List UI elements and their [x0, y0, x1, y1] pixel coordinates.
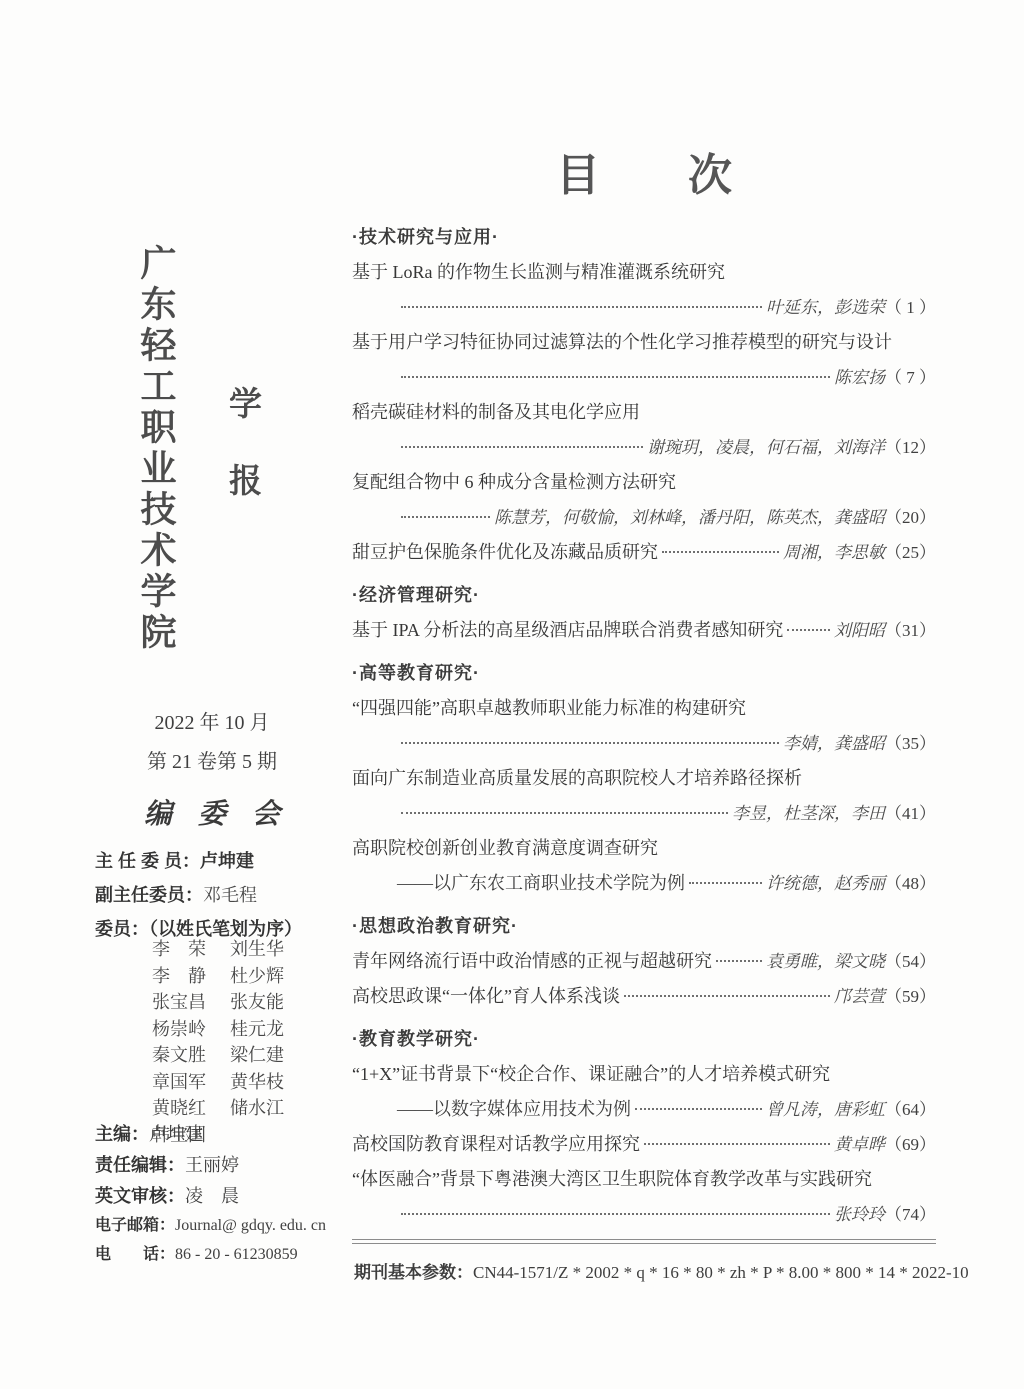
member-row: 李 荣刘生华 — [152, 936, 308, 963]
issue-number: 第 21 卷第 5 期 — [100, 743, 324, 782]
table-of-contents: 目 次 ·技术研究与应用·基于 LoRa 的作物生长监测与精准灌溉系统研究叶延东… — [352, 150, 936, 1232]
toc-entry-continuation: 李婧，龚盛昭（35） — [352, 726, 936, 761]
entry-title: 基于 LoRa 的作物生长监测与精准灌溉系统研究 — [352, 255, 936, 290]
entry-title: 复配组合物中 6 种成分含量检测方法研究 — [352, 465, 936, 500]
board-role-row: 主 任 委 员：卢坤建 — [95, 845, 302, 879]
member-name: 储水江 — [230, 1095, 300, 1122]
entry-title: 甜豆护色保脆条件优化及冻藏品质研究 — [352, 535, 658, 570]
member-name: 桂元龙 — [230, 1016, 300, 1043]
dot-leader — [401, 1213, 830, 1215]
member-name: 张友能 — [230, 989, 300, 1016]
staff-list: 主编：卢坤建责任编辑：王丽婷英文审核：凌 晨电子邮箱：Journal@ gdqy… — [95, 1120, 326, 1270]
member-row: 黄晓红储水江 — [152, 1095, 308, 1122]
toc-entry-continuation: 叶延东，彭选荣（ 1 ） — [352, 290, 936, 325]
board-role-label: 主 任 委 员： — [95, 851, 200, 871]
section-heading: ·经济管理研究· — [352, 578, 936, 613]
dot-leader — [401, 446, 643, 448]
entry-title: 高职院校创新创业教育满意度调查研究 — [352, 831, 936, 866]
staff-label: 电子邮箱： — [95, 1217, 175, 1234]
entry-page: （74） — [885, 1197, 936, 1232]
dot-leader — [662, 551, 779, 553]
staff-label: 电 话： — [95, 1246, 175, 1263]
issue-block: 2022 年 10 月 第 21 卷第 5 期 — [100, 704, 324, 782]
entry-subtitle: ——以数字媒体应用技术为例 — [397, 1092, 631, 1127]
member-name: 黄华枝 — [230, 1069, 300, 1096]
entry-page: （48） — [885, 866, 936, 901]
entry-title: 青年网络流行语中政治情感的正视与超越研究 — [352, 944, 712, 979]
entry-page: （25） — [885, 535, 936, 570]
toc-entry: 高校思政课“一体化”育人体系浅谈邝芸萱（59） — [352, 979, 936, 1014]
entry-page: （31） — [885, 613, 936, 648]
member-name: 杨崇岭 — [152, 1016, 222, 1043]
dot-leader — [624, 995, 830, 997]
dot-leader — [635, 1108, 762, 1110]
toc-entry-continuation: ——以广东农工商职业技术学院为例许统德，赵秀丽（48） — [352, 866, 936, 901]
board-role-value: 卢坤建 — [200, 851, 254, 871]
member-row: 张宝昌张友能 — [152, 989, 308, 1016]
member-name: 杜少辉 — [230, 963, 300, 990]
toc-title: 目 次 — [352, 150, 936, 202]
journal-params: 期刊基本参数：CN44-1571/Z * 2002 * q * 16 * 80 … — [354, 1258, 969, 1288]
journal-params-value: CN44-1571/Z * 2002 * q * 16 * 80 * zh * … — [473, 1263, 969, 1282]
staff-label: 英文审核： — [95, 1186, 185, 1206]
entry-page: （54） — [885, 944, 936, 979]
dot-leader — [689, 882, 762, 884]
entry-page: （64） — [885, 1092, 936, 1127]
entry-title: 高校国防教育课程对话教学应用探究 — [352, 1127, 640, 1162]
section-heading: ·教育教学研究· — [352, 1022, 936, 1057]
member-name: 刘生华 — [230, 936, 300, 963]
entry-authors: 邝芸萱 — [834, 979, 885, 1014]
journal-vertical-subtitle: 学报 — [219, 386, 266, 540]
dot-leader — [644, 1143, 830, 1145]
board-roles: 主 任 委 员：卢坤建副主任委员：邓毛程委员：（以姓氏笔划为序） — [95, 845, 302, 947]
entry-page: （12） — [885, 430, 936, 465]
staff-row: 电子邮箱：Journal@ gdqy. edu. cn — [95, 1212, 326, 1241]
member-name: 李 荣 — [152, 936, 222, 963]
member-list: 李 荣刘生华李 静杜少辉张宝昌张友能杨崇岭桂元龙秦文胜梁仁建章国军黄华枝黄晓红储… — [152, 936, 308, 1148]
staff-value: Journal@ gdqy. edu. cn — [175, 1217, 326, 1234]
entry-title: “体医融合”背景下粤港澳大湾区卫生职院体育教学改革与实践研究 — [352, 1162, 936, 1197]
entry-page: （69） — [885, 1127, 936, 1162]
entry-title: 基于用户学习特征协同过滤算法的个性化学习推荐模型的研究与设计 — [352, 325, 936, 360]
entry-page: （35） — [885, 726, 936, 761]
dot-leader — [401, 812, 728, 814]
toc-entry-continuation: 张玲玲（74） — [352, 1197, 936, 1232]
entry-title: 稻壳碳硅材料的制备及其电化学应用 — [352, 395, 936, 430]
staff-value: 凌 晨 — [185, 1186, 239, 1206]
entry-authors: 袁勇睢，梁文晓 — [766, 944, 885, 979]
toc-entry-continuation: 谢琬玥，凌晨，何石福，刘海洋（12） — [352, 430, 936, 465]
board-role-row: 副主任委员：邓毛程 — [95, 879, 302, 913]
member-name: 章国军 — [152, 1069, 222, 1096]
entry-authors: 李婧，龚盛昭 — [783, 726, 885, 761]
entry-title: “四强四能”高职卓越教师职业能力标准的构建研究 — [352, 691, 936, 726]
entry-page: （41） — [885, 796, 936, 831]
member-name: 李 静 — [152, 963, 222, 990]
toc-entry: 青年网络流行语中政治情感的正视与超越研究袁勇睢，梁文晓（54） — [352, 944, 936, 979]
staff-row: 电 话：86 - 20 - 61230859 — [95, 1241, 326, 1270]
dot-leader — [716, 960, 762, 962]
toc-sections: ·技术研究与应用·基于 LoRa 的作物生长监测与精准灌溉系统研究叶延东，彭选荣… — [352, 220, 936, 1232]
entry-authors: 刘阳昭 — [834, 613, 885, 648]
entry-authors: 李昱，杜茎深，李田 — [732, 796, 885, 831]
entry-page: （ 1 ） — [885, 290, 936, 325]
dot-leader — [401, 376, 830, 378]
entry-authors: 黄卓晔 — [834, 1127, 885, 1162]
entry-subtitle: ——以广东农工商职业技术学院为例 — [397, 866, 685, 901]
member-name: 梁仁建 — [230, 1042, 300, 1069]
staff-value: 卢坤建 — [149, 1124, 203, 1144]
staff-value: 86 - 20 - 61230859 — [175, 1246, 298, 1263]
staff-row: 主编：卢坤建 — [95, 1120, 326, 1151]
editorial-board-title: 编委会 — [100, 792, 324, 832]
board-role-value: 邓毛程 — [203, 885, 257, 905]
entry-page: （20） — [885, 500, 936, 535]
toc-entry-continuation: 陈慧芳，何敬愉，刘林峰，潘丹阳，陈英杰，龚盛昭（20） — [352, 500, 936, 535]
member-row: 杨崇岭桂元龙 — [152, 1016, 308, 1043]
entry-authors: 陈慧芳，何敬愉，刘林峰，潘丹阳，陈英杰，龚盛昭 — [494, 500, 885, 535]
entry-title: 基于 IPA 分析法的高星级酒店品牌联合消费者感知研究 — [352, 613, 783, 648]
dot-leader — [787, 629, 830, 631]
journal-params-rule — [352, 1239, 936, 1244]
dot-leader — [401, 306, 762, 308]
board-role-label: 副主任委员： — [95, 885, 203, 905]
entry-authors: 周湘，李思敏 — [783, 535, 885, 570]
staff-label: 主编： — [95, 1124, 149, 1144]
section-heading: ·思想政治教育研究· — [352, 909, 936, 944]
entry-authors: 许统德，赵秀丽 — [766, 866, 885, 901]
toc-entry-continuation: 李昱，杜茎深，李田（41） — [352, 796, 936, 831]
toc-entry-continuation: 陈宏扬（ 7 ） — [352, 360, 936, 395]
staff-row: 英文审核：凌 晨 — [95, 1182, 326, 1213]
staff-label: 责任编辑： — [95, 1155, 185, 1175]
entry-page: （ 7 ） — [885, 360, 936, 395]
toc-entry: 基于 IPA 分析法的高星级酒店品牌联合消费者感知研究刘阳昭（31） — [352, 613, 936, 648]
toc-entry-continuation: ——以数字媒体应用技术为例曾凡涛，唐彩虹（64） — [352, 1092, 936, 1127]
dot-leader — [401, 742, 779, 744]
section-heading: ·技术研究与应用· — [352, 220, 936, 255]
dot-leader — [401, 516, 490, 518]
entry-title: “1+X”证书背景下“校企合作、课证融合”的人才培养模式研究 — [352, 1057, 936, 1092]
staff-value: 王丽婷 — [185, 1155, 239, 1175]
member-name: 黄晓红 — [152, 1095, 222, 1122]
entry-authors: 谢琬玥，凌晨，何石福，刘海洋 — [647, 430, 885, 465]
entry-title: 面向广东制造业高质量发展的高职院校人才培养路径探析 — [352, 761, 936, 796]
journal-vertical-title: 广东轻工职业技术学院 — [131, 244, 182, 684]
section-heading: ·高等教育研究· — [352, 656, 936, 691]
staff-row: 责任编辑：王丽婷 — [95, 1151, 326, 1182]
entry-page: （59） — [885, 979, 936, 1014]
member-row: 章国军黄华枝 — [152, 1069, 308, 1096]
entry-authors: 张玲玲 — [834, 1197, 885, 1232]
toc-entry: 高校国防教育课程对话教学应用探究黄卓晔（69） — [352, 1127, 936, 1162]
toc-entry: 甜豆护色保脆条件优化及冻藏品质研究周湘，李思敏（25） — [352, 535, 936, 570]
journal-params-label: 期刊基本参数： — [354, 1263, 473, 1282]
issue-date: 2022 年 10 月 — [100, 704, 324, 743]
member-name: 张宝昌 — [152, 989, 222, 1016]
board-role-label: 委员： — [95, 919, 149, 939]
entry-authors: 陈宏扬 — [834, 360, 885, 395]
entry-authors: 曾凡涛，唐彩虹 — [766, 1092, 885, 1127]
entry-title: 高校思政课“一体化”育人体系浅谈 — [352, 979, 620, 1014]
member-row: 李 静杜少辉 — [152, 963, 308, 990]
member-name: 秦文胜 — [152, 1042, 222, 1069]
entry-authors: 叶延东，彭选荣 — [766, 290, 885, 325]
journal-toc-page: 广东轻工职业技术学院 学报 2022 年 10 月 第 21 卷第 5 期 编委… — [0, 0, 1024, 1389]
member-row: 秦文胜梁仁建 — [152, 1042, 308, 1069]
